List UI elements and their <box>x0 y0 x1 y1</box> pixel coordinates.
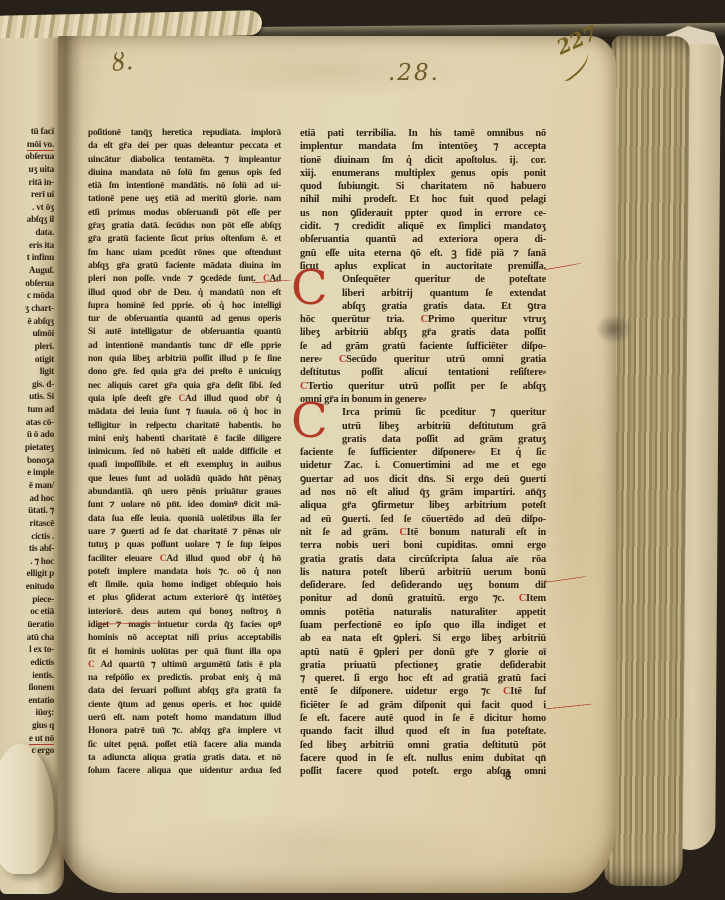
text-segment: quia ipſe deeſt gr̄e <box>88 394 178 404</box>
text-segment: ſuam perfectionē eo ipſo quo illa indige… <box>300 620 546 631</box>
rubric-paragraph-mark: C <box>421 314 428 325</box>
text-segment: bonoʒa <box>27 456 54 466</box>
text-segment: diuina mandata nō ſolū ſm genus opis ſed <box>88 168 281 178</box>
text-line: ʒ chart- <box>0 303 54 316</box>
text-line: quia ipſe deeſt gr̄e CAd illud quod obr̄… <box>88 393 281 406</box>
text-segment: Item <box>526 593 546 604</box>
text-segment: Ad illud quod obr̄ q̓ <box>185 394 281 404</box>
text-segment: ſe eſt. facere autē quod in ſe ē dicitur… <box>300 713 546 724</box>
text-segment: ʒ chart- <box>25 304 54 314</box>
text-line: et plus ꝯſiderat actum exteriorē q̄ʒ int… <box>88 592 281 605</box>
text-line: ūtati. ⁊ <box>0 505 54 518</box>
text-line: ciente q̄tum ad genus operis. et hoc qui… <box>88 699 281 712</box>
text-line: abſqʒ il <box>0 214 54 227</box>
text-segment: mādata dei leuia ſunt ⁊ ſuauia. oō q̓ ho… <box>88 407 281 417</box>
text-line: elligit p <box>0 568 54 581</box>
leaf-number-handwritten: .28. <box>388 60 440 86</box>
text-segment: deſtitutus poſſit alicui tentationi reſi… <box>300 367 546 378</box>
text-segment: Honora patrē tuū ⁊c. abſqʒ gr̄a implere … <box>88 726 281 736</box>
text-segment: ad eū ꝯuerti. ſed ſe cōuertēdo ad deū di… <box>300 514 546 525</box>
text-line: Onſequēter queritur de poteſtate <box>300 273 546 286</box>
text-segment: utis. Si <box>29 392 54 402</box>
quire-signature-mark: g <box>505 766 511 781</box>
text-segment: ſunt ⁊ uolare nō pn̄t. ideo dominꝰ dicit… <box>88 500 281 510</box>
text-segment: quod ſubiungit. Si charitatem nō habuero <box>300 181 546 192</box>
text-line: oc etiā <box>0 606 54 619</box>
text-segment: pietateʒ <box>25 443 54 453</box>
text-segment: lis natura poteſt liberū arbitriū uerum … <box>300 567 546 578</box>
text-line: data ſua eſſe leuia. quoniā uolētibus il… <box>88 513 281 526</box>
text-column-right: C C etiā pati terribilia. In his tamē om… <box>300 127 546 779</box>
text-segment: Auguſ. <box>29 266 54 276</box>
text-line: rerī ui <box>0 189 54 202</box>
text-segment: data ſua eſſe leuia. quoniā uolētibus il… <box>88 514 281 524</box>
text-segment: nec aliquis caret gr̄a quia gr̄a deſit ſ… <box>88 381 281 391</box>
text-segment: ciente q̄tum ad genus operis. et hoc qui… <box>88 700 281 710</box>
text-segment: ficiēter ſe ad grām diſponit qui facit q… <box>300 700 546 711</box>
text-line: gis. d- <box>0 379 54 392</box>
text-line: ſolum facere aliqua que uidentur ardua ſ… <box>88 765 281 778</box>
text-segment: gnū eſſe uita eterna q̄ō eſt. ꝫ fidē piā… <box>300 248 546 259</box>
text-segment: Ad quartū ⁊ ultimū argumētū ſatis ē pla <box>95 660 281 670</box>
text-line: tū faci <box>0 126 54 139</box>
text-line: abundantiā. qn̄ uero pēnis priuātur grau… <box>88 486 281 499</box>
text-line: e imple <box>0 467 54 480</box>
text-segment: ad hoc <box>29 494 54 504</box>
text-segment: illud quod obr̄ de Deu. q̓ mandatū non e… <box>88 288 281 298</box>
text-line: ſm hanc uiam pcedūt rōnes que oſtendunt <box>88 247 281 260</box>
text-segment: tionē diuinam ſm q̓ dicit apoſtolus. ij.… <box>300 155 546 166</box>
text-segment: . ⁊ hoc <box>30 557 54 567</box>
text-line: bonoʒa <box>0 455 54 468</box>
text-line: ſit ei hominis uolūtas per quā fiunt ill… <box>88 646 281 659</box>
text-segment: abſqʒ gratia gratis data. Et ꝯtra <box>342 301 546 312</box>
text-line: ad nos nō eſt aliud q̄ʒ grām impartiri. … <box>300 486 546 499</box>
text-line: cictis . <box>0 531 54 544</box>
text-segment: elligit p <box>27 569 54 579</box>
text-segment: cictis . <box>31 532 54 542</box>
text-line: da eſt gr̄a dei per quas deleantur pecca… <box>88 140 281 153</box>
text-line: abſqʒ gratia gratis data. Et ꝯtra <box>300 300 546 313</box>
text-line: uʒ uita <box>0 164 54 177</box>
text-line: ſunt ⁊ uolare nō pn̄t. ideo dominꝰ dicit… <box>88 499 281 512</box>
text-segment: ſionem <box>29 683 54 693</box>
text-line: abſqʒ gr̄a gratū faciente mādata diuina … <box>88 260 281 273</box>
text-line: aliqua gr̄a ꝯfirmetur libeʒ arbitrium po… <box>300 499 546 512</box>
text-line: inimicum. ſed nō habēti eſt ualde diffic… <box>88 446 281 459</box>
text-segment: omnis potētia naturalis naturaliter appe… <box>300 607 546 618</box>
text-segment: ē abſqʒ <box>27 317 54 327</box>
text-line: facere quod in ſe eſt. nullus enim dubit… <box>300 752 546 765</box>
text-line: quod ſubiungit. Si charitatem nō habuero <box>300 180 546 193</box>
text-segment: c mōda <box>27 291 54 301</box>
text-segment: Irca primū ſic pceditur ⁊ queritur <box>342 407 546 418</box>
rubric-paragraph-mark: C <box>519 593 526 604</box>
rubricated-initial: C <box>291 401 328 441</box>
text-segment: aliqua gr̄a ꝯfirmetur libeʒ arbitrium po… <box>300 500 546 511</box>
text-line: poſitionē tanq̄ʒ heretica repudiata. imp… <box>88 127 281 140</box>
text-segment: t infinu <box>27 253 54 263</box>
text-segment: ientis. <box>32 671 54 681</box>
text-segment: cidit. ⁊ credidit aliquē ex ſimplici man… <box>300 221 546 232</box>
text-segment: ūeratio <box>27 620 54 630</box>
text-line: entē ſe diſponere. uidetur ergo ⁊c CItē … <box>300 685 546 698</box>
text-line: data. <box>0 227 54 240</box>
text-segment: non quia libeʒ arbitriū poſſit illud p ſ… <box>88 354 281 364</box>
text-line: na reſpōſio ex predictis. probat eniʒ q̓… <box>88 672 281 685</box>
text-segment: et plus ꝯſiderat actum exteriorē q̄ʒ int… <box>88 593 281 603</box>
text-segment: ū ō ado <box>27 430 54 440</box>
text-line: gratis data poſſit ad grām gratuʒ <box>300 433 546 446</box>
text-segment: obſeruantia quantū ad exteriora opera di… <box>300 234 546 245</box>
text-line: ſe ad grām gratū faciente ſufficiēter di… <box>300 340 546 353</box>
text-segment: eris ita <box>29 241 54 251</box>
text-segment: faciente ſe ſufficienter diſponere⸗ Et q… <box>300 447 546 458</box>
text-segment: otigit <box>35 355 54 365</box>
text-line: liberi arbitrij quantum ſe extendat <box>300 287 546 300</box>
text-line: nec aliquis caret gr̄a quia gr̄a deſit ſ… <box>88 380 281 393</box>
text-line: . vt ōʒ <box>0 202 54 215</box>
text-segment: na reſpōſio ex predictis. probat eniʒ q̓… <box>88 673 281 683</box>
text-segment: implentur mandata ſm intentōeʒ ⁊ accepta <box>300 141 546 152</box>
text-line: mini eniʒ habenti charitatē ē facile dil… <box>88 433 281 446</box>
text-line: mōi vo. <box>0 139 54 152</box>
text-line: gratia gratis data circūſcripta ſalua aī… <box>300 553 546 566</box>
text-line: quando facit illud quod eſt in ſua poteſ… <box>300 725 546 738</box>
text-segment: tis abſ- <box>29 544 54 554</box>
text-segment: idiget ⁊ magis intuetur corda q̄ʒ facies… <box>88 620 281 630</box>
text-line: quaſi impoſſibile. et eſt exempluʒ in au… <box>88 459 281 472</box>
text-segment: tationē pene uęʒ etiā ad meritū glorie. … <box>88 194 281 204</box>
text-line: dono gr̄e. ſed quia gr̄a dei preſto ē un… <box>88 366 281 379</box>
text-segment: poſitionē tanq̄ʒ heretica repudiata. imp… <box>88 128 281 138</box>
text-line: hominis nō acceptat niſi prius acceptabi… <box>88 632 281 645</box>
text-segment: ſe ad grām gratū faciente ſufficiēter di… <box>300 341 546 352</box>
text-line: iūoʒ: <box>0 707 54 720</box>
text-segment: ad nos nō eſt aliud q̄ʒ grām impartiri. … <box>300 487 546 498</box>
text-segment: gis. d- <box>32 380 54 390</box>
text-line: ūeratio <box>0 619 54 632</box>
text-line: diuina mandata nō ſolū ſm genus opis ſed <box>88 167 281 180</box>
text-segment: nere⸗ <box>300 354 339 365</box>
text-line: Si autē intelligatur de obſeruantia quan… <box>88 326 281 339</box>
text-line: ſe eſt. facere autē quod in ſe ē dicitur… <box>300 712 546 725</box>
text-segment: us non ꝯſiderauit ppter quod in errore c… <box>300 208 546 219</box>
text-line: ritascē <box>0 518 54 531</box>
text-line: ientis. <box>0 670 54 683</box>
text-segment: utrū libeʒ arbitriū deſtitutum grā <box>342 421 546 432</box>
text-segment: libeʒ arbitriū abſqʒ gr̄a gratis data po… <box>300 327 546 338</box>
text-line: uincātur diabolica tentamēta. ⁊ impleant… <box>88 154 281 167</box>
text-line: eris ita <box>0 240 54 253</box>
text-line: uare ⁊ ꝯuerti ad ſe dat charitatē ⁊ pēna… <box>88 526 281 539</box>
text-segment: atū cha <box>27 633 54 643</box>
text-line: nere⸗ CSecūdo queritur utrū omni gratia <box>300 353 546 366</box>
text-line: ſed libeʒ arbitriū omni gratia deſtitutū… <box>300 739 546 752</box>
text-segment: Primo queritur vtruʒ <box>428 314 546 325</box>
text-segment: tum ad <box>27 405 54 415</box>
text-line: tis abſ- <box>0 543 54 556</box>
text-segment: Ad <box>270 274 281 284</box>
text-line: pleri. <box>0 341 54 354</box>
text-line: utis. Si <box>0 391 54 404</box>
text-line: utrū libeʒ arbitriū deſtitutum grā <box>300 420 546 433</box>
text-segment: gius q <box>32 721 54 731</box>
text-line: atas cō- <box>0 417 54 430</box>
text-line: implentur mandata ſm intentōeʒ ⁊ accepta <box>300 140 546 153</box>
text-line: faciliter eleuare CAd illud quod obr̄ q̓… <box>88 553 281 566</box>
text-segment: entē ſe diſponere. uidetur ergo ⁊c <box>300 686 503 697</box>
text-line: ſuam perfectionē eo ipſo quo illa indige… <box>300 619 546 632</box>
book-photograph: tū facimōi vo.obſeruauʒ uitaritā in-rerī… <box>0 0 725 900</box>
text-segment: ab ea nata eſt ꝯpleri. Si ergo libeʒ arb… <box>300 633 546 644</box>
text-line: ponitur ad donū gratuitū. ergo ⁊c. CItem <box>300 592 546 605</box>
text-segment: gratia gratis data circūſcripta ſalua aī… <box>300 554 546 565</box>
text-line: ab ea nata eſt ꝯpleri. Si ergo libeʒ arb… <box>300 632 546 645</box>
text-line: interiorē. deus autem qui bonoʒ noſtroʒ … <box>88 606 281 619</box>
text-line: tationē pene uęʒ etiā ad meritū glorie. … <box>88 193 281 206</box>
text-segment: abſqʒ il <box>27 215 54 225</box>
text-segment: entatio <box>28 696 54 706</box>
text-line: entatio <box>0 695 54 708</box>
text-segment: telligitur in reſpectu charitatē habenti… <box>88 421 281 431</box>
text-line: edictis <box>0 657 54 670</box>
text-line: lis natura poteſt liberū arbitriū uerum … <box>300 566 546 579</box>
text-line: l ex to- <box>0 644 54 657</box>
text-segment: liberi arbitrij quantum ſe extendat <box>342 288 546 299</box>
text-line: c ergo <box>0 745 54 758</box>
text-segment: eſt ſimile. quia homo indiget obſequio h… <box>88 580 281 590</box>
text-line: terra nobis ueri boni cupiditas. omni er… <box>300 539 546 552</box>
text-line: omnis potētia naturalis naturaliter appe… <box>300 606 546 619</box>
text-line: xiij. enumerans multiplex genus opis pon… <box>300 167 546 180</box>
text-line: ꝯuertar ad uos dicit dn̄s. Si ergo deū ꝯ… <box>300 473 546 486</box>
text-segment: deſiderare. ſed deſiderando uęʒ bonum di… <box>300 580 546 591</box>
text-segment: ta adiuncta aliqua gratia gratis data. e… <box>88 753 281 763</box>
text-segment: obſerua <box>25 279 54 289</box>
text-line: obſeruantia quantū ad exteriora opera di… <box>300 233 546 246</box>
text-segment: abundantiā. qn̄ uero pēnis priuātur grau… <box>88 487 281 497</box>
text-segment: facere quod in ſe eſt. nullus enim dubit… <box>300 753 546 764</box>
text-segment: e imple <box>27 468 54 478</box>
text-line: tutuʒ p quas poſſunt uolare ⁊ ſe ſup ſei… <box>88 539 281 552</box>
text-segment: ponitur ad donū gratuitū. ergo ⁊c. <box>300 593 519 604</box>
text-line: ū ō ado <box>0 429 54 442</box>
text-segment: nihil mihi prodeſt. Et hoc fuit quod pel… <box>300 194 546 205</box>
text-column-left: poſitionē tanq̄ʒ heretica repudiata. imp… <box>88 127 281 779</box>
text-line: ſic uitet pęnā. poſſet etiā facere alia … <box>88 739 281 752</box>
text-line: poteſt implere mandata hois ⁊c. oō q̓ no… <box>88 566 281 579</box>
text-line: pietateʒ <box>0 442 54 455</box>
text-line: etſi primus modus obſeruandi pōt eſſe pe… <box>88 207 281 220</box>
text-line: obſerua <box>0 278 54 291</box>
text-segment: pleri. <box>35 342 54 352</box>
text-line: uerū eſt. nam poteſt homo mandatum illud <box>88 712 281 725</box>
text-segment: Si autē intelligatur de obſeruantia quan… <box>88 327 281 337</box>
text-segment: uincātur diabolica tentamēta. ⁊ impleant… <box>88 155 281 165</box>
text-segment: edictis <box>30 658 54 668</box>
text-segment: etiā pati terribilia. In his tamē omnibu… <box>300 128 546 139</box>
text-line: data dei ſeruari poſſunt abſqʒ gr̄a grat… <box>88 685 281 698</box>
text-segment: uʒ uita <box>28 165 54 175</box>
text-segment: data. <box>35 228 54 238</box>
text-line: uſmōi <box>0 328 54 341</box>
text-line: etiā pati terribilia. In his tamē omnibu… <box>300 127 546 140</box>
text-segment: nit ſe ad grām. <box>300 527 399 538</box>
text-segment: Ad illud quod obr̄ q̓ hō <box>166 554 281 564</box>
text-segment: rerī ui <box>31 190 54 200</box>
text-segment: que leues ſunt ad uolādū quādo hn̄t pēna… <box>88 474 281 484</box>
text-line: faciente ſe ſufficienter diſponere⸗ Et q… <box>300 446 546 459</box>
text-line: deſtitutus poſſit alicui tentationi reſi… <box>300 366 546 379</box>
text-line: obſerua <box>0 151 54 164</box>
text-line: ta adiuncta aliqua gratia gratis data. e… <box>88 752 281 765</box>
text-segment: tur de obſeruantia quantū ad genus operi… <box>88 314 281 324</box>
quire-mark: ȣ. <box>111 47 135 77</box>
text-segment: hominis nō acceptat niſi prius acceptabi… <box>88 633 281 643</box>
text-segment: etſi primus modus obſeruandi pōt eſſe pe… <box>88 208 281 218</box>
text-line: gr̄a gratū faciente ſicut prius oſtenſum… <box>88 233 281 246</box>
text-segment: obſerua <box>25 152 54 162</box>
text-segment: ſit ei hominis uolūtas per quā fiunt ill… <box>88 647 281 657</box>
text-segment: Onſequēter queritur de poteſtate <box>342 274 546 285</box>
text-segment: tutuʒ p quas poſſunt uolare ⁊ ſe ſup ſei… <box>88 540 281 550</box>
text-segment: Secūdo queritur utrū omni gratia <box>346 354 546 365</box>
text-segment: xiij. enumerans multiplex genus opis pon… <box>300 168 546 179</box>
text-segment: Itē ſuf <box>510 686 546 697</box>
text-segment: c ergo <box>31 746 54 756</box>
text-line: atū cha <box>0 632 54 645</box>
text-line: telligitur in reſpectu charitatē habenti… <box>88 420 281 433</box>
text-segment: dono gr̄e. ſed quia gr̄a dei preſto ē un… <box>88 367 281 377</box>
text-line: gratia priuatū pfectioneʒ gratie deſider… <box>300 659 546 672</box>
text-segment: etiā ſm intentionē mandātis. nō ſolū ad … <box>88 181 281 191</box>
text-line: ſicut aplus explicat in auctoritate prem… <box>300 260 546 273</box>
text-line: deſiderare. ſed deſiderando uęʒ bonum di… <box>300 579 546 592</box>
text-segment: abſqʒ gr̄a gratū faciente mādata diuina … <box>88 261 281 271</box>
text-line: otigit <box>0 354 54 367</box>
text-segment: uſmōi <box>33 329 54 339</box>
text-segment: uerū eſt. nam poteſt homo mandatum illud <box>88 713 281 723</box>
text-segment: ritā in- <box>28 178 54 188</box>
text-segment: gr̄aʒ gratia datā. ſecūdus non pōt eſſe … <box>88 221 281 231</box>
text-segment: ritascē <box>29 519 54 529</box>
text-line: cidit. ⁊ credidit aliquē ex ſimplici man… <box>300 220 546 233</box>
text-segment: quaſi impoſſibile. et eſt exempluʒ in au… <box>88 460 281 470</box>
rubric-paragraph-mark: C <box>399 527 406 538</box>
text-line: gr̄aʒ gratia datā. ſecūdus non pōt eſſe … <box>88 220 281 233</box>
text-line: idiget ⁊ magis intuetur corda q̄ʒ facies… <box>88 619 281 632</box>
text-segment: terra nobis ueri boni cupiditas. omni er… <box>300 540 546 551</box>
text-segment: ꝯuertar ad uos dicit dn̄s. Si ergo deū ꝯ… <box>300 474 546 485</box>
text-line: ſionem <box>0 682 54 695</box>
text-segment: poteſt implere mandata hois ⁊c. oō q̓ no… <box>88 567 281 577</box>
text-line: piece- <box>0 594 54 607</box>
text-line: us non ꝯſiderauit ppter quod in errore c… <box>300 207 546 220</box>
text-line: ligit <box>0 366 54 379</box>
page-stack-fore-edge <box>604 36 689 887</box>
text-segment: uare ⁊ ꝯuerti ad ſe dat charitatē ⁊ pēna… <box>88 527 281 537</box>
text-line: e ut nō <box>0 733 54 746</box>
text-segment: ⁊ queret. ſi ergo hoc eſt ad gratiā grat… <box>300 673 546 684</box>
text-segment: mini eniʒ habenti charitatē ē facile dil… <box>88 434 281 444</box>
text-segment: enitudo <box>26 582 54 592</box>
text-line: mādata dei leuia ſunt ⁊ ſuauia. oō q̓ ho… <box>88 406 281 419</box>
text-segment: ſupra hominē ſed pprie. ob́ q̓ hoc intel… <box>88 301 281 311</box>
text-segment: iūoʒ: <box>35 708 54 718</box>
text-segment: mōi vo. <box>27 140 54 151</box>
text-line: hōc querūtur tria. CPrimo queritur vtruʒ <box>300 313 546 326</box>
text-line: tionē diuinam ſm q̓ dicit apoſtolus. ij.… <box>300 154 546 167</box>
text-segment: uidetur Zac. i. Conuertimini ad me et eg… <box>300 460 546 471</box>
text-line: omni gr̄a in bonum in genere⸗ <box>300 393 546 406</box>
text-segment: ē man/ <box>29 481 54 491</box>
text-segment: inimicum. ſed nō habēti eſt ualde diffic… <box>88 447 281 457</box>
text-segment: ad intentionē mandantis tunc dr̄ eſſe pp… <box>88 341 281 351</box>
text-line: ad eū ꝯuerti. ſed ſe cōuertēdo ad deū di… <box>300 513 546 526</box>
text-segment: tū faci <box>31 127 54 137</box>
text-line: que leues ſunt ad uolādū quādo hn̄t pēna… <box>88 473 281 486</box>
text-segment: aptū natū ē ꝯpleri per donū gr̄e ⁊ glori… <box>300 647 546 658</box>
text-segment: ligit <box>40 367 54 377</box>
text-segment: gratia priuatū pfectioneʒ gratie deſider… <box>300 660 546 671</box>
text-segment: ſed libeʒ arbitriū omni gratia deſtitutū… <box>300 740 546 751</box>
text-segment: l ex to- <box>29 645 54 655</box>
text-segment: ſicut aplus explicat in auctoritate prem… <box>300 261 546 272</box>
text-segment: ūtati. ⁊ <box>28 506 54 516</box>
text-line: non quia libeʒ arbitriū poſſit illud p ſ… <box>88 353 281 366</box>
text-line: eſt ſimile. quia homo indiget obſequio h… <box>88 579 281 592</box>
text-segment: Tertio queritur utrū poſſit per ſe abſqʒ <box>307 381 546 392</box>
text-line: uidetur Zac. i. Conuertimini ad me et eg… <box>300 459 546 472</box>
text-segment: quando facit illud quod eſt in ſua poteſ… <box>300 726 546 737</box>
text-line: nit ſe ad grām. CItē bonum naturalī eſt … <box>300 526 546 539</box>
text-segment: gratis data poſſit ad grām gratuʒ <box>342 434 546 445</box>
text-segment: pleri non poſſe. vnde ⁊ ꝯcedēde ſunt. <box>88 274 263 284</box>
text-segment: . vt ōʒ <box>32 203 54 213</box>
text-line: Auguſ. <box>0 265 54 278</box>
text-segment: gr̄a gratū faciente ſicut prius oſtenſum… <box>88 234 281 244</box>
text-line: Irca primū ſic pceditur ⁊ queritur <box>300 406 546 419</box>
text-segment: ſic uitet pęnā. poſſet etiā facere alia … <box>88 740 281 750</box>
text-segment: oc etiā <box>30 607 54 617</box>
text-segment: faciliter eleuare <box>88 554 160 564</box>
text-line: pleri non poſſe. vnde ⁊ ꝯcedēde ſunt. CA… <box>88 273 281 286</box>
text-line: ſupra hominē ſed pprie. ob́ q̓ hoc intel… <box>88 300 281 313</box>
ink-smudge <box>596 314 632 344</box>
text-line: tum ad <box>0 404 54 417</box>
text-line: Honora patrē tuū ⁊c. abſqʒ gr̄a implere … <box>88 725 281 738</box>
text-line: ad hoc <box>0 493 54 506</box>
text-line: gius q <box>0 720 54 733</box>
text-segment: atas cō- <box>26 418 54 428</box>
text-segment: data dei ſeruari poſſunt abſqʒ gr̄a grat… <box>88 686 281 696</box>
text-segment: interiorē. deus autem qui bonoʒ noſtroʒ … <box>88 607 281 617</box>
text-segment: Itē bonum naturalī eſt in <box>407 527 546 538</box>
text-line: ritā in- <box>0 177 54 190</box>
text-segment: da eſt gr̄a dei per quas deleantur pecca… <box>88 141 281 151</box>
text-line: gnū eſſe uita eterna q̄ō eſt. ꝫ fidē piā… <box>300 247 546 260</box>
text-line: nihil mihi prodeſt. Et hoc fuit quod pel… <box>300 193 546 206</box>
text-line: c mōda <box>0 290 54 303</box>
text-line: ⁊ queret. ſi ergo hoc eſt ad gratiā grat… <box>300 672 546 685</box>
text-line: t infinu <box>0 252 54 265</box>
text-line: tur de obſeruantia quantū ad genus operi… <box>88 313 281 326</box>
text-line: . ⁊ hoc <box>0 556 54 569</box>
text-segment: e ut nō <box>29 734 54 745</box>
text-line: ē man/ <box>0 480 54 493</box>
text-line: CTertio queritur utrū poſſit per ſe abſq… <box>300 380 546 393</box>
